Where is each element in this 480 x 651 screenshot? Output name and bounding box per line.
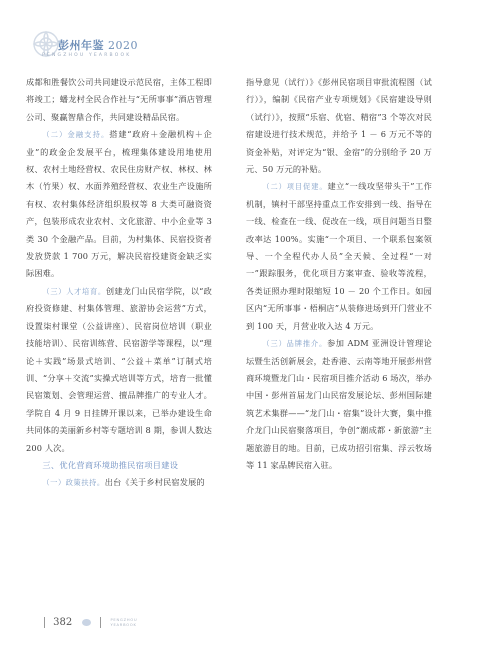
subheading-finance: （二）金融支持。 bbox=[42, 130, 109, 139]
left-column: 成都和胜餐饮公司共同建设示范民宿，主体工程即将竣工；蟠龙村全民合作社与“无所事事… bbox=[26, 74, 212, 492]
paragraph-text: 创建龙门山民宿学院，以“政府投资修建、村集体管理、旅游协会运营”方式，设置柒村课… bbox=[26, 286, 212, 453]
subheading-brand: （三）品牌推介。 bbox=[262, 339, 327, 348]
paragraph-text: 搭建“政府＋金融机构＋企业”的政金企发展平台，梳理集体建设用地使用权、农村土地经… bbox=[26, 129, 212, 278]
emblem-icon bbox=[82, 619, 91, 626]
paragraph: 指导意见（试行）》《彭州民宿项目审批流程图（试行）》，编制《民宿产业专项规划》《… bbox=[246, 74, 432, 178]
subheading-policy: （一）政策扶持。 bbox=[42, 478, 104, 487]
paragraph-text: 参加 ADM 亚洲设计管理论坛暨生活创新展会，赴香港、云南等地开展彭州营商环境暨… bbox=[246, 338, 432, 470]
section-heading: 三、优化营商环境助推民宿项目建设 bbox=[26, 457, 212, 474]
right-column: 指导意见（试行）》《彭州民宿项目审批流程图（试行）》，编制《民宿产业专项规划》《… bbox=[246, 74, 432, 474]
footer-brand: PENGZHOU YEARBOOK bbox=[110, 618, 137, 627]
paragraph-talent: （三）人才培育。创建龙门山民宿学院，以“政府投资修建、村集体管理、旅游协会运营”… bbox=[26, 283, 212, 457]
page-number: 382 bbox=[53, 617, 72, 628]
paragraph-brand: （三）品牌推介。参加 ADM 亚洲设计管理论坛暨生活创新展会，赴香港、云南等地开… bbox=[246, 335, 432, 474]
divider bbox=[44, 617, 45, 628]
subheading-talent: （三）人才培育。 bbox=[42, 287, 105, 296]
yearbook-name: 彭州年鉴 bbox=[58, 39, 104, 52]
subheading-project: （二）项目促建。 bbox=[262, 182, 327, 191]
paragraph-finance: （二）金融支持。搭建“政府＋金融机构＋企业”的政金企发展平台，梳理集体建设用地使… bbox=[26, 126, 212, 283]
paragraph-text: 建立“一线攻坚带头干”工作机制，镇村干部坚持重点工作安排到一线、指导在一线、检查… bbox=[246, 181, 432, 330]
yearbook-title: 彭州年鉴2020 bbox=[58, 37, 138, 53]
yearbook-subtitle: PENGZHOU YEARBOOK bbox=[42, 53, 131, 58]
page-footer: 382 PENGZHOU YEARBOOK bbox=[44, 612, 137, 628]
footer-brand-line1: PENGZHOU bbox=[110, 618, 137, 622]
footer-brand-line2: YEARBOOK bbox=[110, 623, 136, 627]
yearbook-year: 2020 bbox=[108, 39, 138, 52]
paragraph: 成都和胜餐饮公司共同建设示范民宿，主体工程即将竣工；蟠龙村全民合作社与“无所事事… bbox=[26, 74, 212, 126]
paragraph-text: 出台《关于乡村民宿发展的 bbox=[105, 477, 205, 487]
paragraph-policy: （一）政策扶持。出台《关于乡村民宿发展的 bbox=[26, 474, 212, 491]
divider bbox=[100, 617, 101, 628]
paragraph-project: （二）项目促建。建立“一线攻坚带头干”工作机制，镇村干部坚持重点工作安排到一线、… bbox=[246, 178, 432, 335]
